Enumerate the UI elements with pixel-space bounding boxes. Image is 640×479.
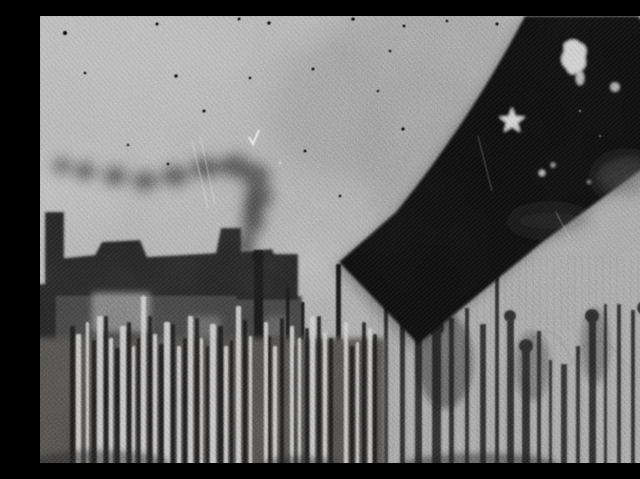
photo-canvas: [40, 16, 640, 463]
photograph: Grainy black-and-white halftone newspape…: [40, 16, 640, 463]
film-grain-overlay: [40, 16, 640, 463]
